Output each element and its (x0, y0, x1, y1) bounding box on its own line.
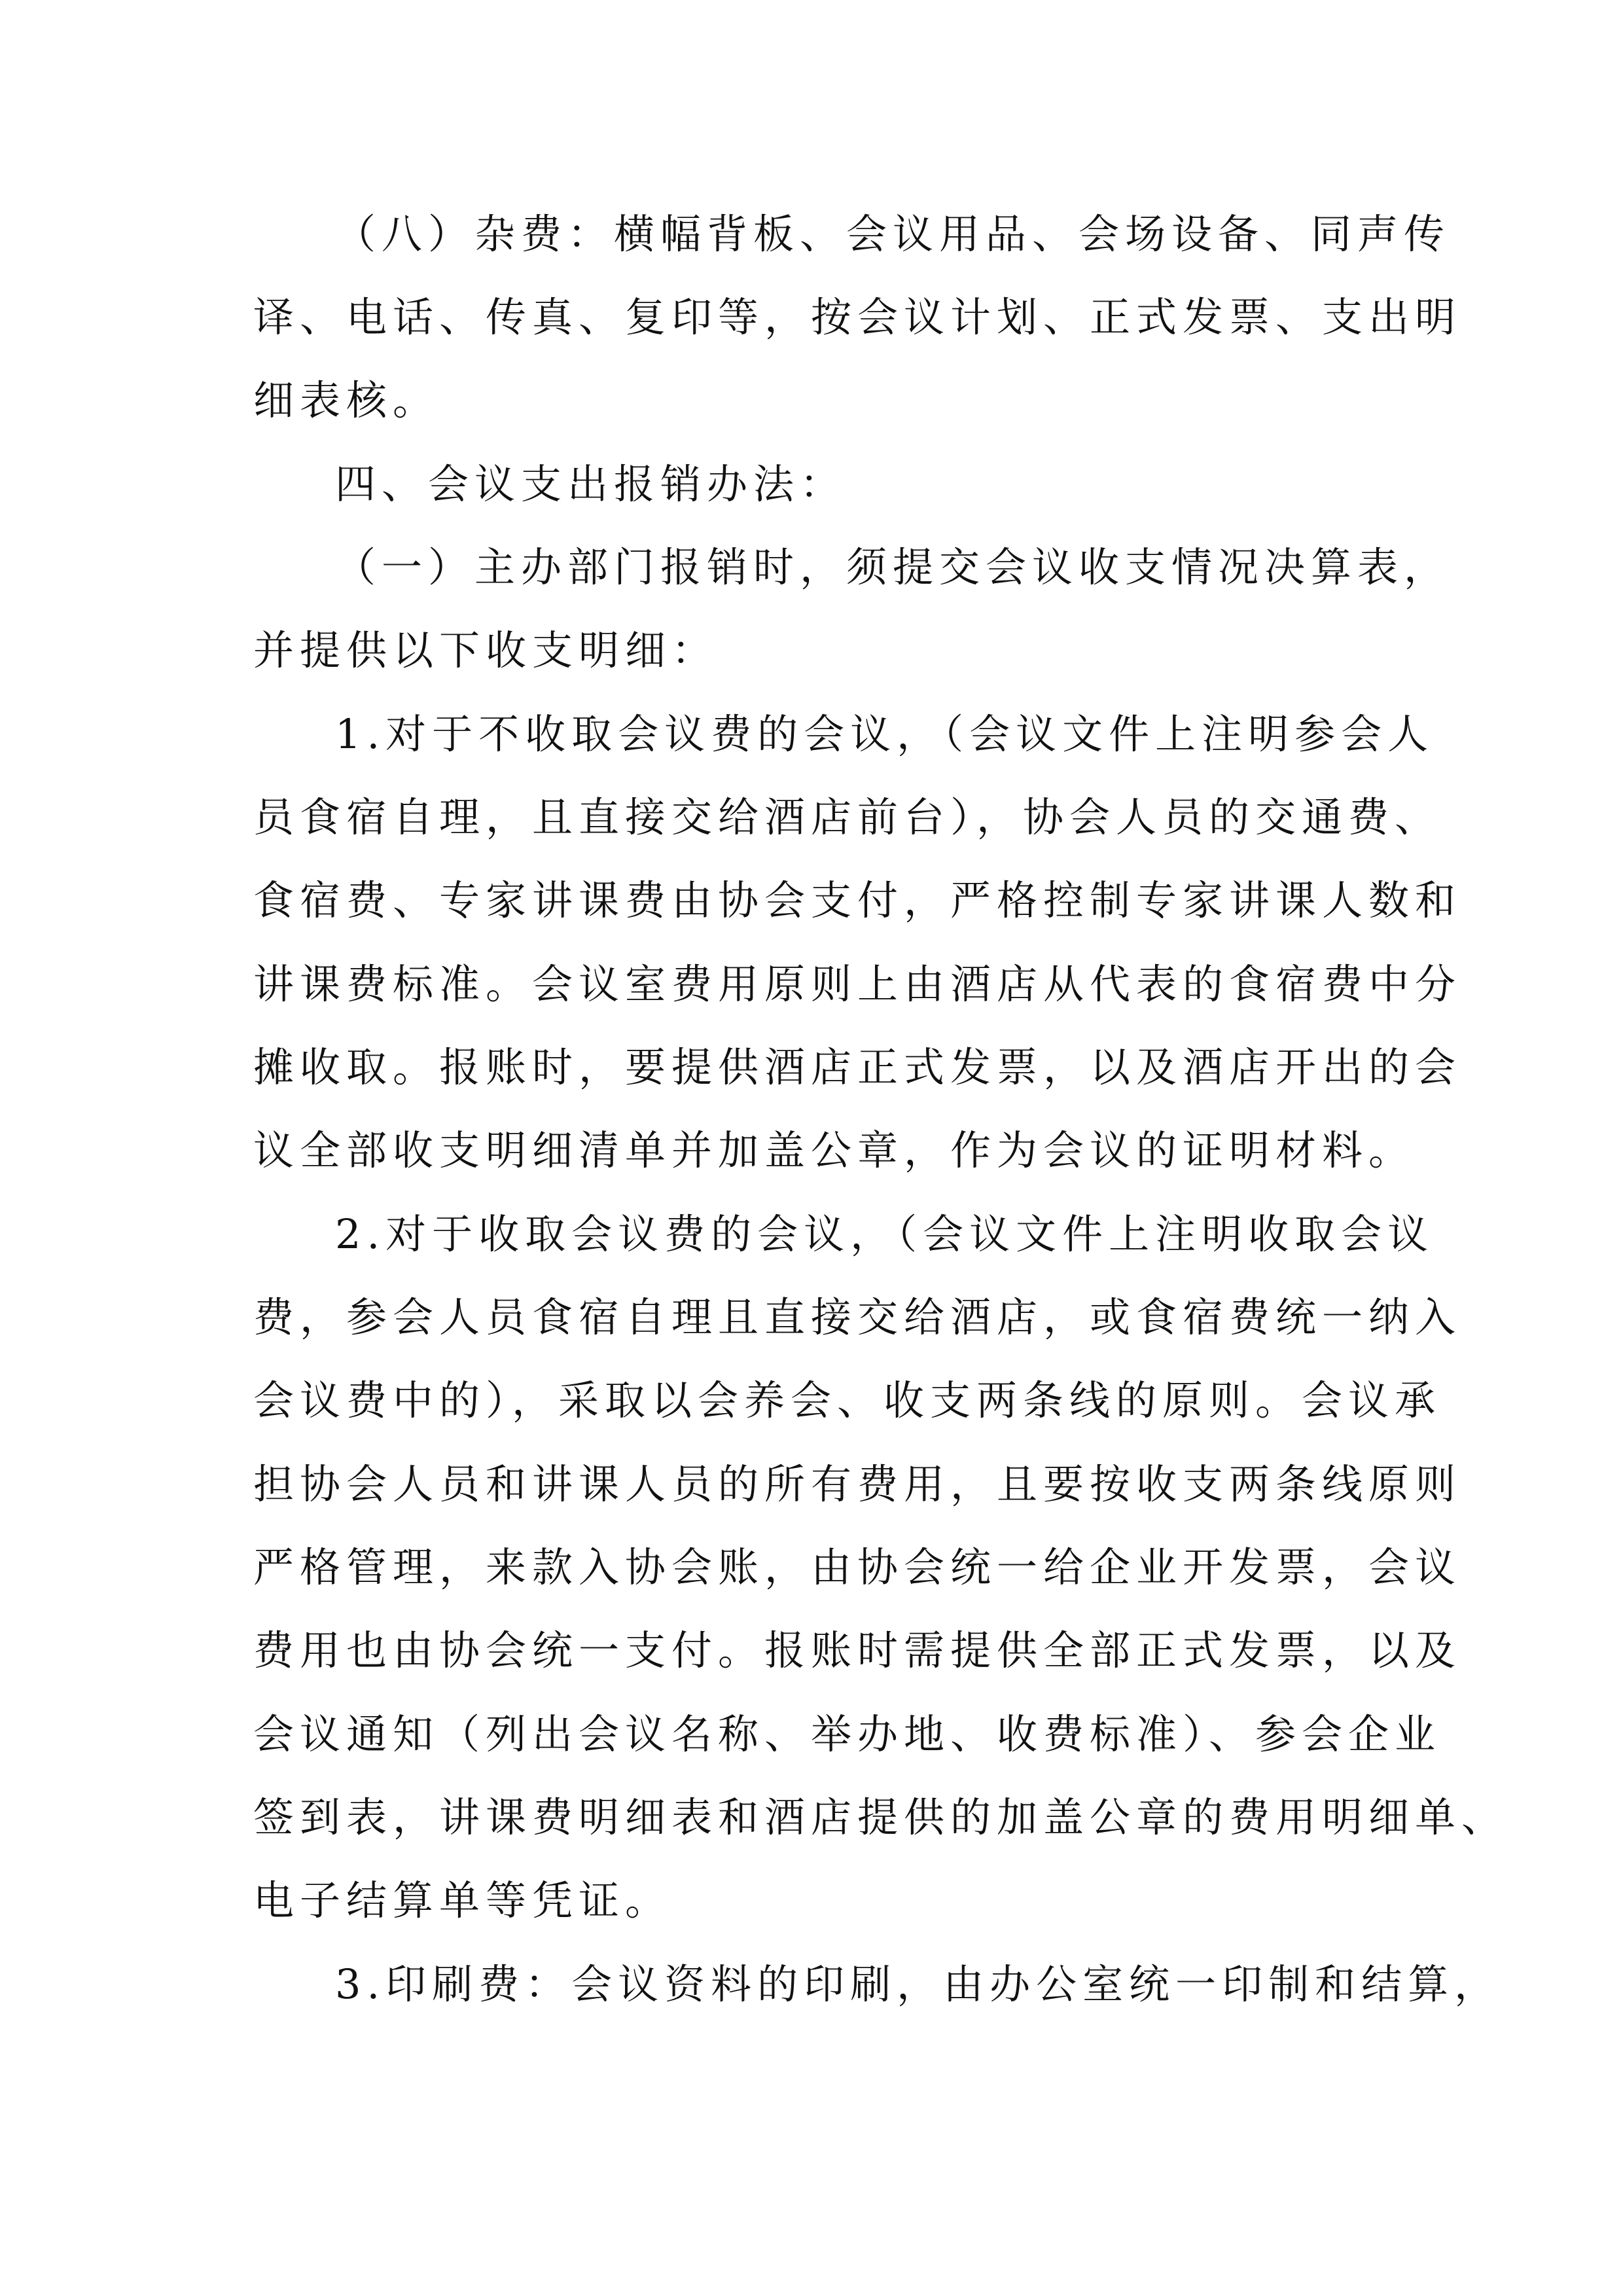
text-line: 食宿费、专家讲课费由协会支付，严格控制专家讲课人数和 (253, 874, 1461, 927)
text-line: 讲课费标准。会议室费用原则上由酒店从代表的食宿费中分 (253, 958, 1461, 1011)
text-line: （八）杂费：横幅背板、会议用品、会场设备、同声传 (335, 208, 1450, 260)
text-line: 1.对于不收取会议费的会议，（会议文件上注明参会人 (335, 708, 1434, 761)
text-line: 并提供以下收支明细： (253, 624, 718, 677)
text-line: 会议费中的），采取以会养会、收支两条线的原则。会议承 (253, 1374, 1441, 1427)
text-line: 员食宿自理，且直接交给酒店前台），协会人员的交通费、 (253, 791, 1441, 844)
text-line: 会议通知（列出会议名称、举办地、收费标准）、参会企业 (253, 1708, 1441, 1761)
text-line: 2.对于收取会议费的会议，（会议文件上注明收取会议 (335, 1208, 1434, 1261)
document-page: （八）杂费：横幅背板、会议用品、会场设备、同声传 译、电话、传真、复印等，按会议… (0, 0, 1623, 2296)
section-heading: 四、会议支出报销办法： (335, 458, 846, 511)
text-line: 细表核。 (253, 374, 439, 427)
text-line: 费，参会人员食宿自理且直接交给酒店，或食宿费统一纳入 (253, 1291, 1461, 1344)
text-line: 电子结算单等凭证。 (253, 1874, 671, 1927)
text-line: 摊收取。报账时，要提供酒店正式发票，以及酒店开出的会 (253, 1041, 1461, 1094)
text-line: （一）主办部门报销时，须提交会议收支情况决算表， (335, 541, 1450, 594)
text-line: 担协会人员和讲课人员的所有费用，且要按收支两条线原则 (253, 1458, 1461, 1511)
text-line: 严格管理，来款入协会账，由协会统一给企业开发票，会议 (253, 1541, 1461, 1594)
text-line: 3.印刷费：会议资料的印刷，由办公室统一印制和结算， (335, 1958, 1501, 2011)
text-line: 费用也由协会统一支付。报账时需提供全部正式发票，以及 (253, 1624, 1461, 1677)
text-line: 议全部收支明细清单并加盖公章，作为会议的证明材料。 (253, 1124, 1415, 1177)
text-line: 签到表，讲课费明细表和酒店提供的加盖公章的费用明细单、 (253, 1791, 1508, 1844)
text-line: 译、电话、传真、复印等，按会议计划、正式发票、支出明 (253, 291, 1461, 344)
